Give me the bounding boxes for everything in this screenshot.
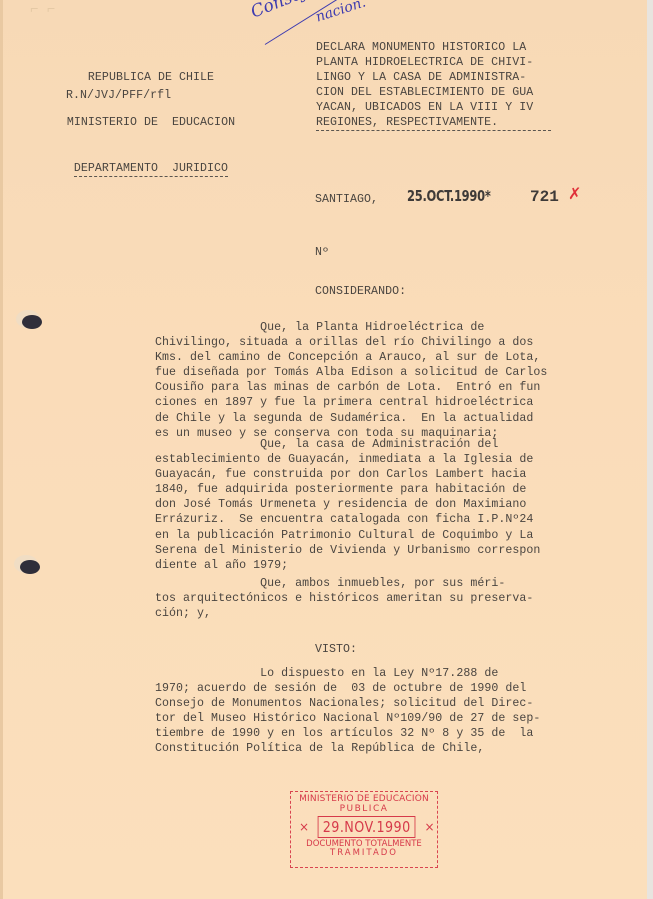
ministry-received-stamp: MINISTERIO DE EDUCACION PUBLICA × 29.NOV… (290, 791, 438, 868)
stamp-date: 29.NOV.1990 (318, 816, 416, 838)
issuer-line-country: REPUBLICA DE CHILE (45, 70, 257, 85)
decree-number: 721 (530, 188, 559, 206)
page-edge-left (0, 0, 3, 899)
visto-paragraph: Lo dispuesto en la Ley Nº17.288 de 1970;… (155, 666, 540, 757)
issuer-block: REPUBLICA DE CHILE MINISTERIO DE EDUCACI… (45, 40, 257, 192)
date-stamp: 25.OCT.1990* (407, 187, 491, 205)
reference-code: R.N/JVJ/PFF/rfl (66, 88, 171, 103)
stamp-publica: PUBLICA (291, 804, 437, 814)
subject-divider (316, 130, 551, 131)
issuer-line-ministry: MINISTERIO DE EDUCACION (45, 115, 257, 130)
stamp-cross-icon: × (424, 820, 434, 834)
considerando-heading: CONSIDERANDO: (315, 284, 406, 299)
number-label: Nº (315, 245, 329, 260)
page-edge-right (647, 0, 653, 899)
red-check-mark-icon: ✗ (568, 184, 581, 203)
staple-mark: ⌐ ⌐ (30, 2, 55, 18)
visto-heading: VISTO: (315, 642, 357, 657)
stamp-cross-icon: × (299, 820, 309, 834)
punch-hole (22, 315, 42, 329)
punch-hole (20, 560, 40, 574)
decree-subject: DECLARA MONUMENTO HISTORICO LA PLANTA HI… (316, 40, 533, 131)
issuer-line-department: DEPARTAMENTO JURIDICO (74, 161, 228, 177)
considerando-paragraph: Que, la casa de Administración del estab… (155, 437, 540, 573)
considerando-paragraph: Que, ambos inmuebles, por sus méri- tos … (155, 576, 533, 621)
stamp-ministry: MINISTERIO DE EDUCACION (291, 794, 437, 804)
stamp-status-2: TRAMITADO (291, 849, 437, 858)
considerando-paragraph: Que, la Planta Hidroeléctrica de Chivili… (155, 320, 547, 441)
dateline-city: SANTIAGO, (315, 192, 378, 207)
